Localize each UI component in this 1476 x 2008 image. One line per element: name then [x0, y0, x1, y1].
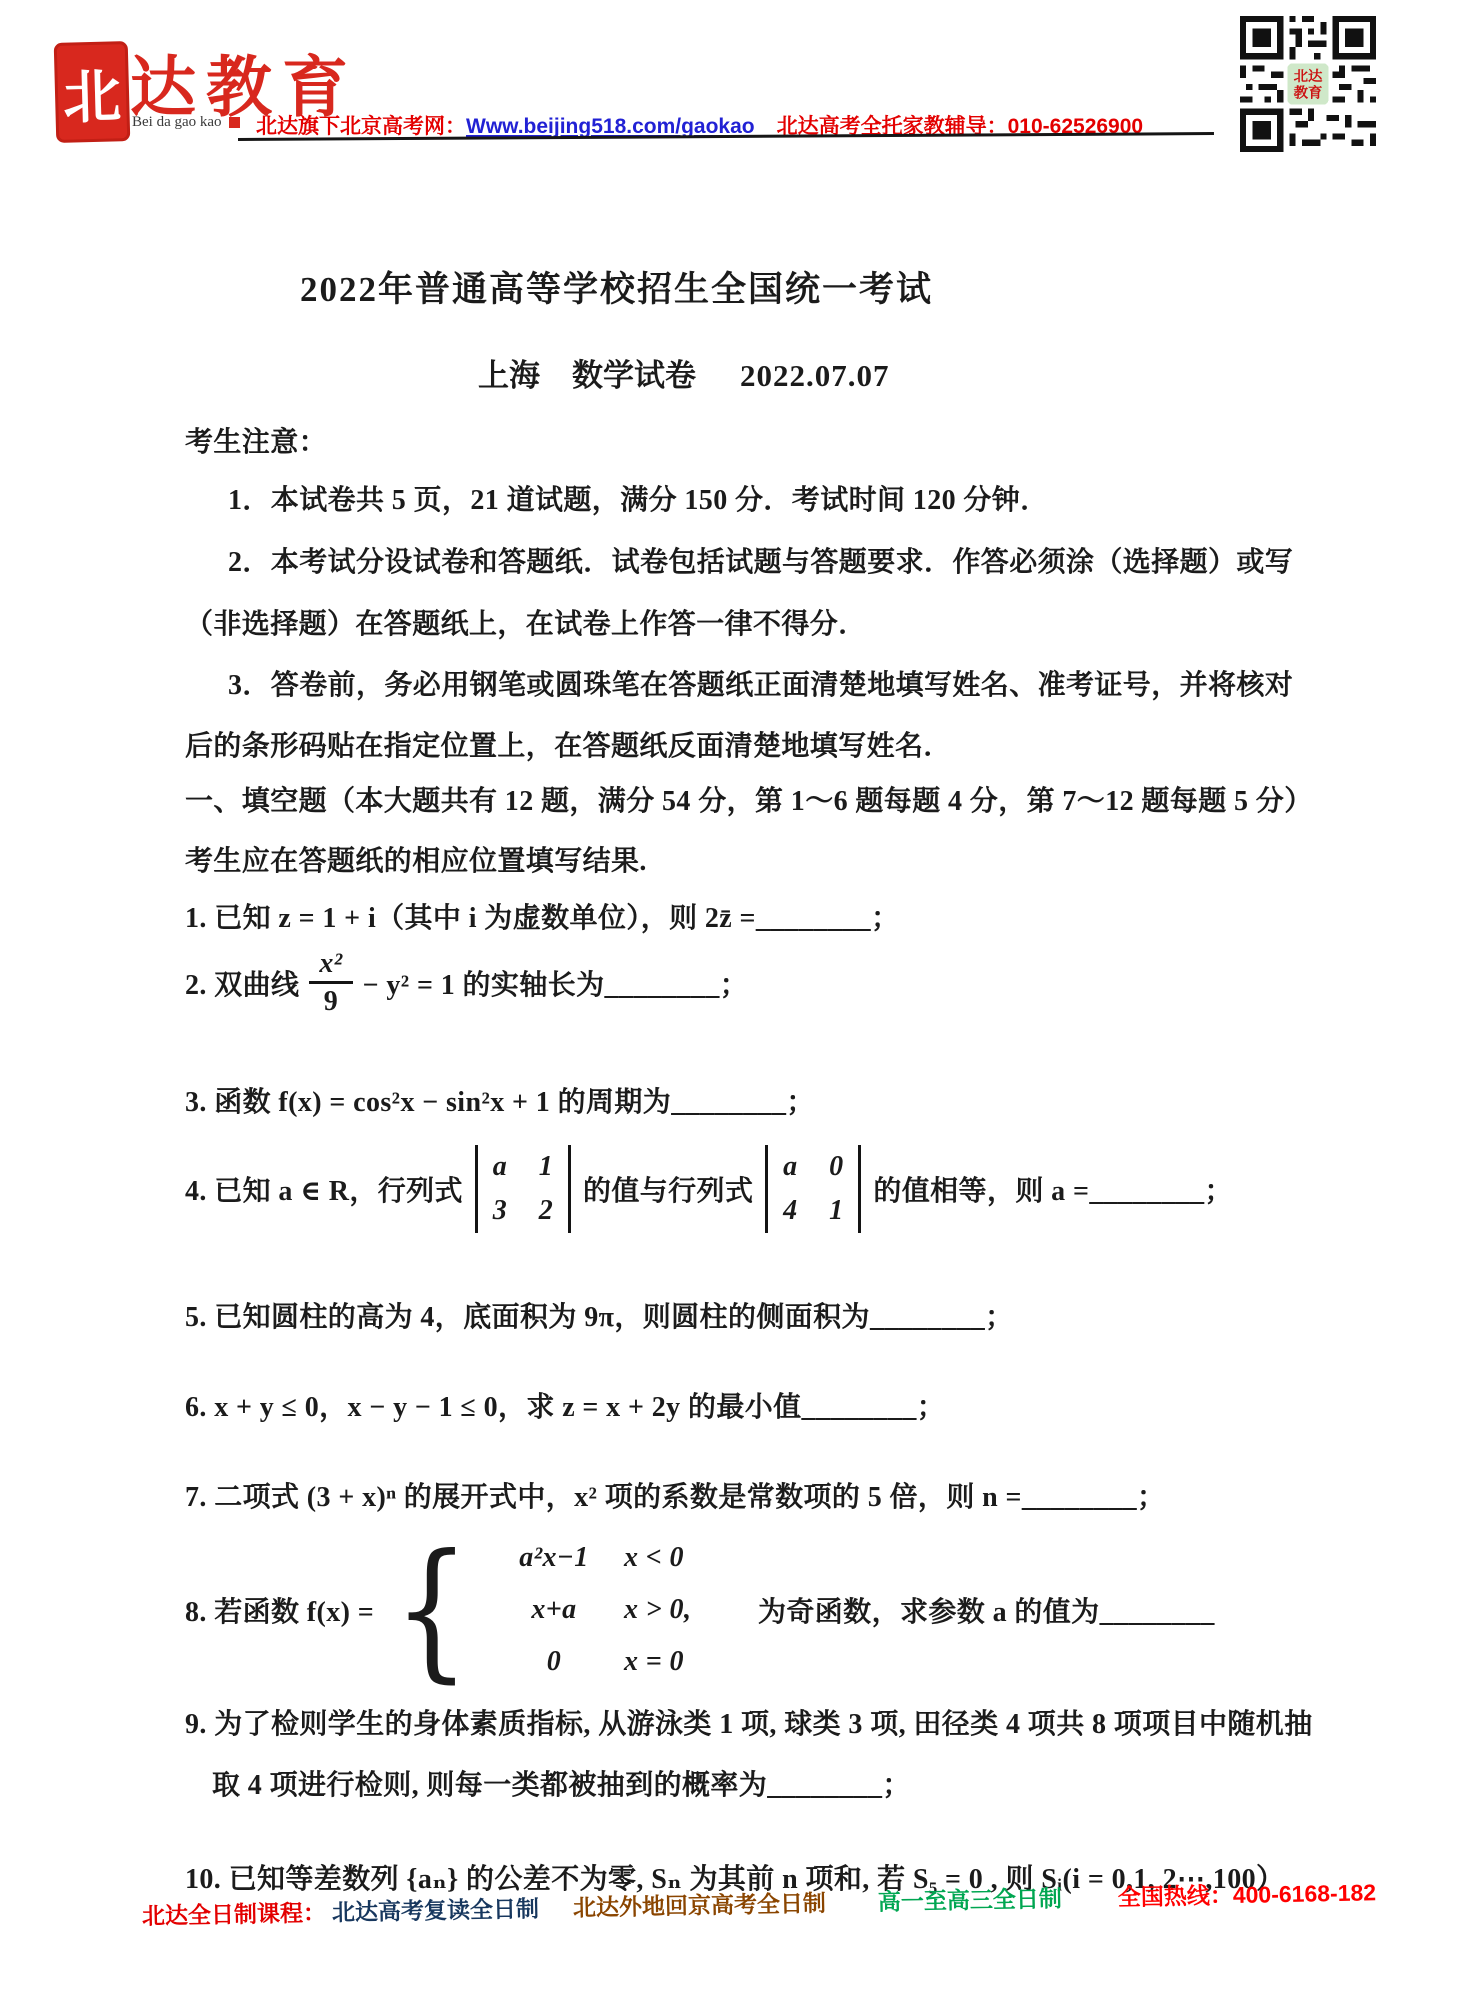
- question-9-line-2: 取 4 项进行检则, 则每一类都被抽到的概率为________；: [212, 1763, 911, 1803]
- qr-center-label-2: 教育: [1294, 83, 1323, 101]
- notice-item-1: 1．本试卷共 5 页，21 道试题，满分 150 分．考试时间 120 分钟．: [228, 478, 1049, 518]
- question-5: 5. 已知圆柱的高为 4，底面积为 9π，则圆柱的侧面积为________；: [185, 1295, 1014, 1335]
- question-8: 8. 若函数 f(x) = { a²x−1 x < 0 x+a x > 0, 0…: [185, 1535, 1215, 1685]
- det2-a22: 1: [828, 1197, 844, 1225]
- question-4-prefix: 4. 已知 a ∈ R，行列式: [185, 1169, 463, 1209]
- exam-title: 2022年普通高等学校招生全国统一考试: [300, 262, 933, 312]
- question-4: 4. 已知 a ∈ R，行列式 a 1 3 2 的值与行列式 a 0 4 1 的…: [185, 1145, 1233, 1233]
- question-1: 1. 已知 z = 1 + i（其中 i 为虚数单位），则 2z̄ =_____…: [185, 896, 899, 936]
- det1-a11: a: [492, 1153, 508, 1181]
- brand-subtitle-text: Bei da gao kao: [132, 114, 222, 130]
- question-4-suffix: 的值相等，则 a =________；: [873, 1169, 1233, 1209]
- footer-item-grade1-3: 高一至高三全日制: [878, 1885, 1062, 1915]
- notice-item-3-line-2: 后的条形码贴在指定位置上，在答题纸反面清楚地填写姓名．: [185, 724, 952, 764]
- fraction-denominator: 9: [309, 984, 352, 1017]
- case-1-cond: x < 0: [624, 1542, 744, 1574]
- footer-label: 北达全日制课程：: [142, 1899, 326, 1929]
- det2-a11: a: [782, 1153, 798, 1181]
- det1-a22: 2: [538, 1197, 554, 1225]
- exam-region: 上海: [478, 358, 540, 393]
- notice-item-2-line-1: 2．本考试分设试卷和答题纸．试卷包括试题与答题要求．作答必须涂（选择题）或写: [228, 540, 1293, 580]
- section-heading-line-1: 一、填空题（本大题共有 12 题，满分 54 分，第 1～6 题每题 4 分，第…: [185, 779, 1313, 819]
- case-1-expr: a²x−1: [484, 1542, 624, 1574]
- question-3: 3. 函数 f(x) = cos²x − sin²x + 1 的周期为_____…: [185, 1080, 815, 1120]
- header-site-label: 北达旗下北京高考网：: [256, 115, 466, 138]
- red-square-icon: [229, 117, 240, 128]
- brand-seal-char: 北: [62, 49, 122, 134]
- question-2-prefix: 2. 双曲线: [185, 963, 299, 1003]
- question-8-suffix: 为奇函数，求参数 a 的值为________: [758, 1590, 1215, 1630]
- determinant-1: a 1 3 2: [475, 1145, 571, 1233]
- case-3-cond: x = 0: [624, 1646, 744, 1678]
- case-3-expr: 0: [484, 1646, 624, 1678]
- question-9-line-1: 9. 为了检则学生的身体素质指标, 从游泳类 1 项, 球类 3 项, 田径类 …: [185, 1702, 1313, 1742]
- det1-a21: 3: [492, 1197, 508, 1225]
- det2-a12: 0: [828, 1153, 844, 1181]
- section-heading-line-2: 考生应在答题纸的相应位置填写结果.: [185, 839, 647, 879]
- qr-code: 北达 教育: [1240, 16, 1376, 152]
- footer-item-return-beijing: 北达外地回京高考全日制: [573, 1890, 826, 1921]
- notice-item-3-line-1: 3．答卷前，务必用钢笔或圆珠笔在答题纸正面清楚地填写姓名、准考证号，并将核对: [228, 663, 1293, 703]
- qr-center-label-1: 北达: [1294, 68, 1323, 85]
- case-2-cond: x > 0,: [624, 1594, 744, 1626]
- determinant-2: a 0 4 1: [765, 1145, 861, 1233]
- question-2: 2. 双曲线 x² 9 − y² = 1 的实轴长为________；: [185, 948, 748, 1018]
- footer-hotline: 全国热线：400-6168-182: [1118, 1879, 1377, 1910]
- det2-a21: 4: [782, 1197, 798, 1225]
- notice-heading: 考生注意：: [185, 420, 327, 460]
- piecewise-cases: a²x−1 x < 0 x+a x > 0, 0 x = 0: [484, 1542, 744, 1678]
- fraction-numerator: x²: [309, 948, 352, 984]
- question-7: 7. 二项式 (3 + x)ⁿ 的展开式中，x² 项的系数是常数项的 5 倍，则…: [185, 1475, 1165, 1515]
- question-8-prefix: 8. 若函数 f(x) =: [185, 1590, 374, 1630]
- brand-subtitle: Bei da gao kao: [132, 114, 240, 131]
- fraction: x² 9: [309, 948, 352, 1018]
- det1-a12: 1: [538, 1153, 554, 1181]
- footer-item-fulltime-repeat: 北达高考复读全日制: [332, 1895, 539, 1925]
- exam-subtitle: 上海数学试卷2022.07.07: [478, 350, 890, 395]
- exam-date: 2022.07.07: [740, 358, 890, 393]
- question-4-mid: 的值与行列式: [583, 1169, 753, 1209]
- question-6: 6. x + y ≤ 0，x − y − 1 ≤ 0，求 z = x + 2y …: [185, 1385, 945, 1425]
- exam-paper-page: 北 达教育 Bei da gao kao 北达旗下北京高考网：Www.beiji…: [0, 0, 1476, 2008]
- notice-item-2-line-2: （非选择题）在答题纸上，在试卷上作答一律不得分．: [185, 602, 867, 642]
- case-2-expr: x+a: [484, 1594, 624, 1626]
- exam-subject: 数学试卷: [572, 358, 696, 393]
- piecewise-brace: {: [394, 1535, 471, 1685]
- brand-seal-icon: 北: [54, 41, 131, 143]
- question-2-suffix: − y² = 1 的实轴长为________；: [363, 963, 749, 1003]
